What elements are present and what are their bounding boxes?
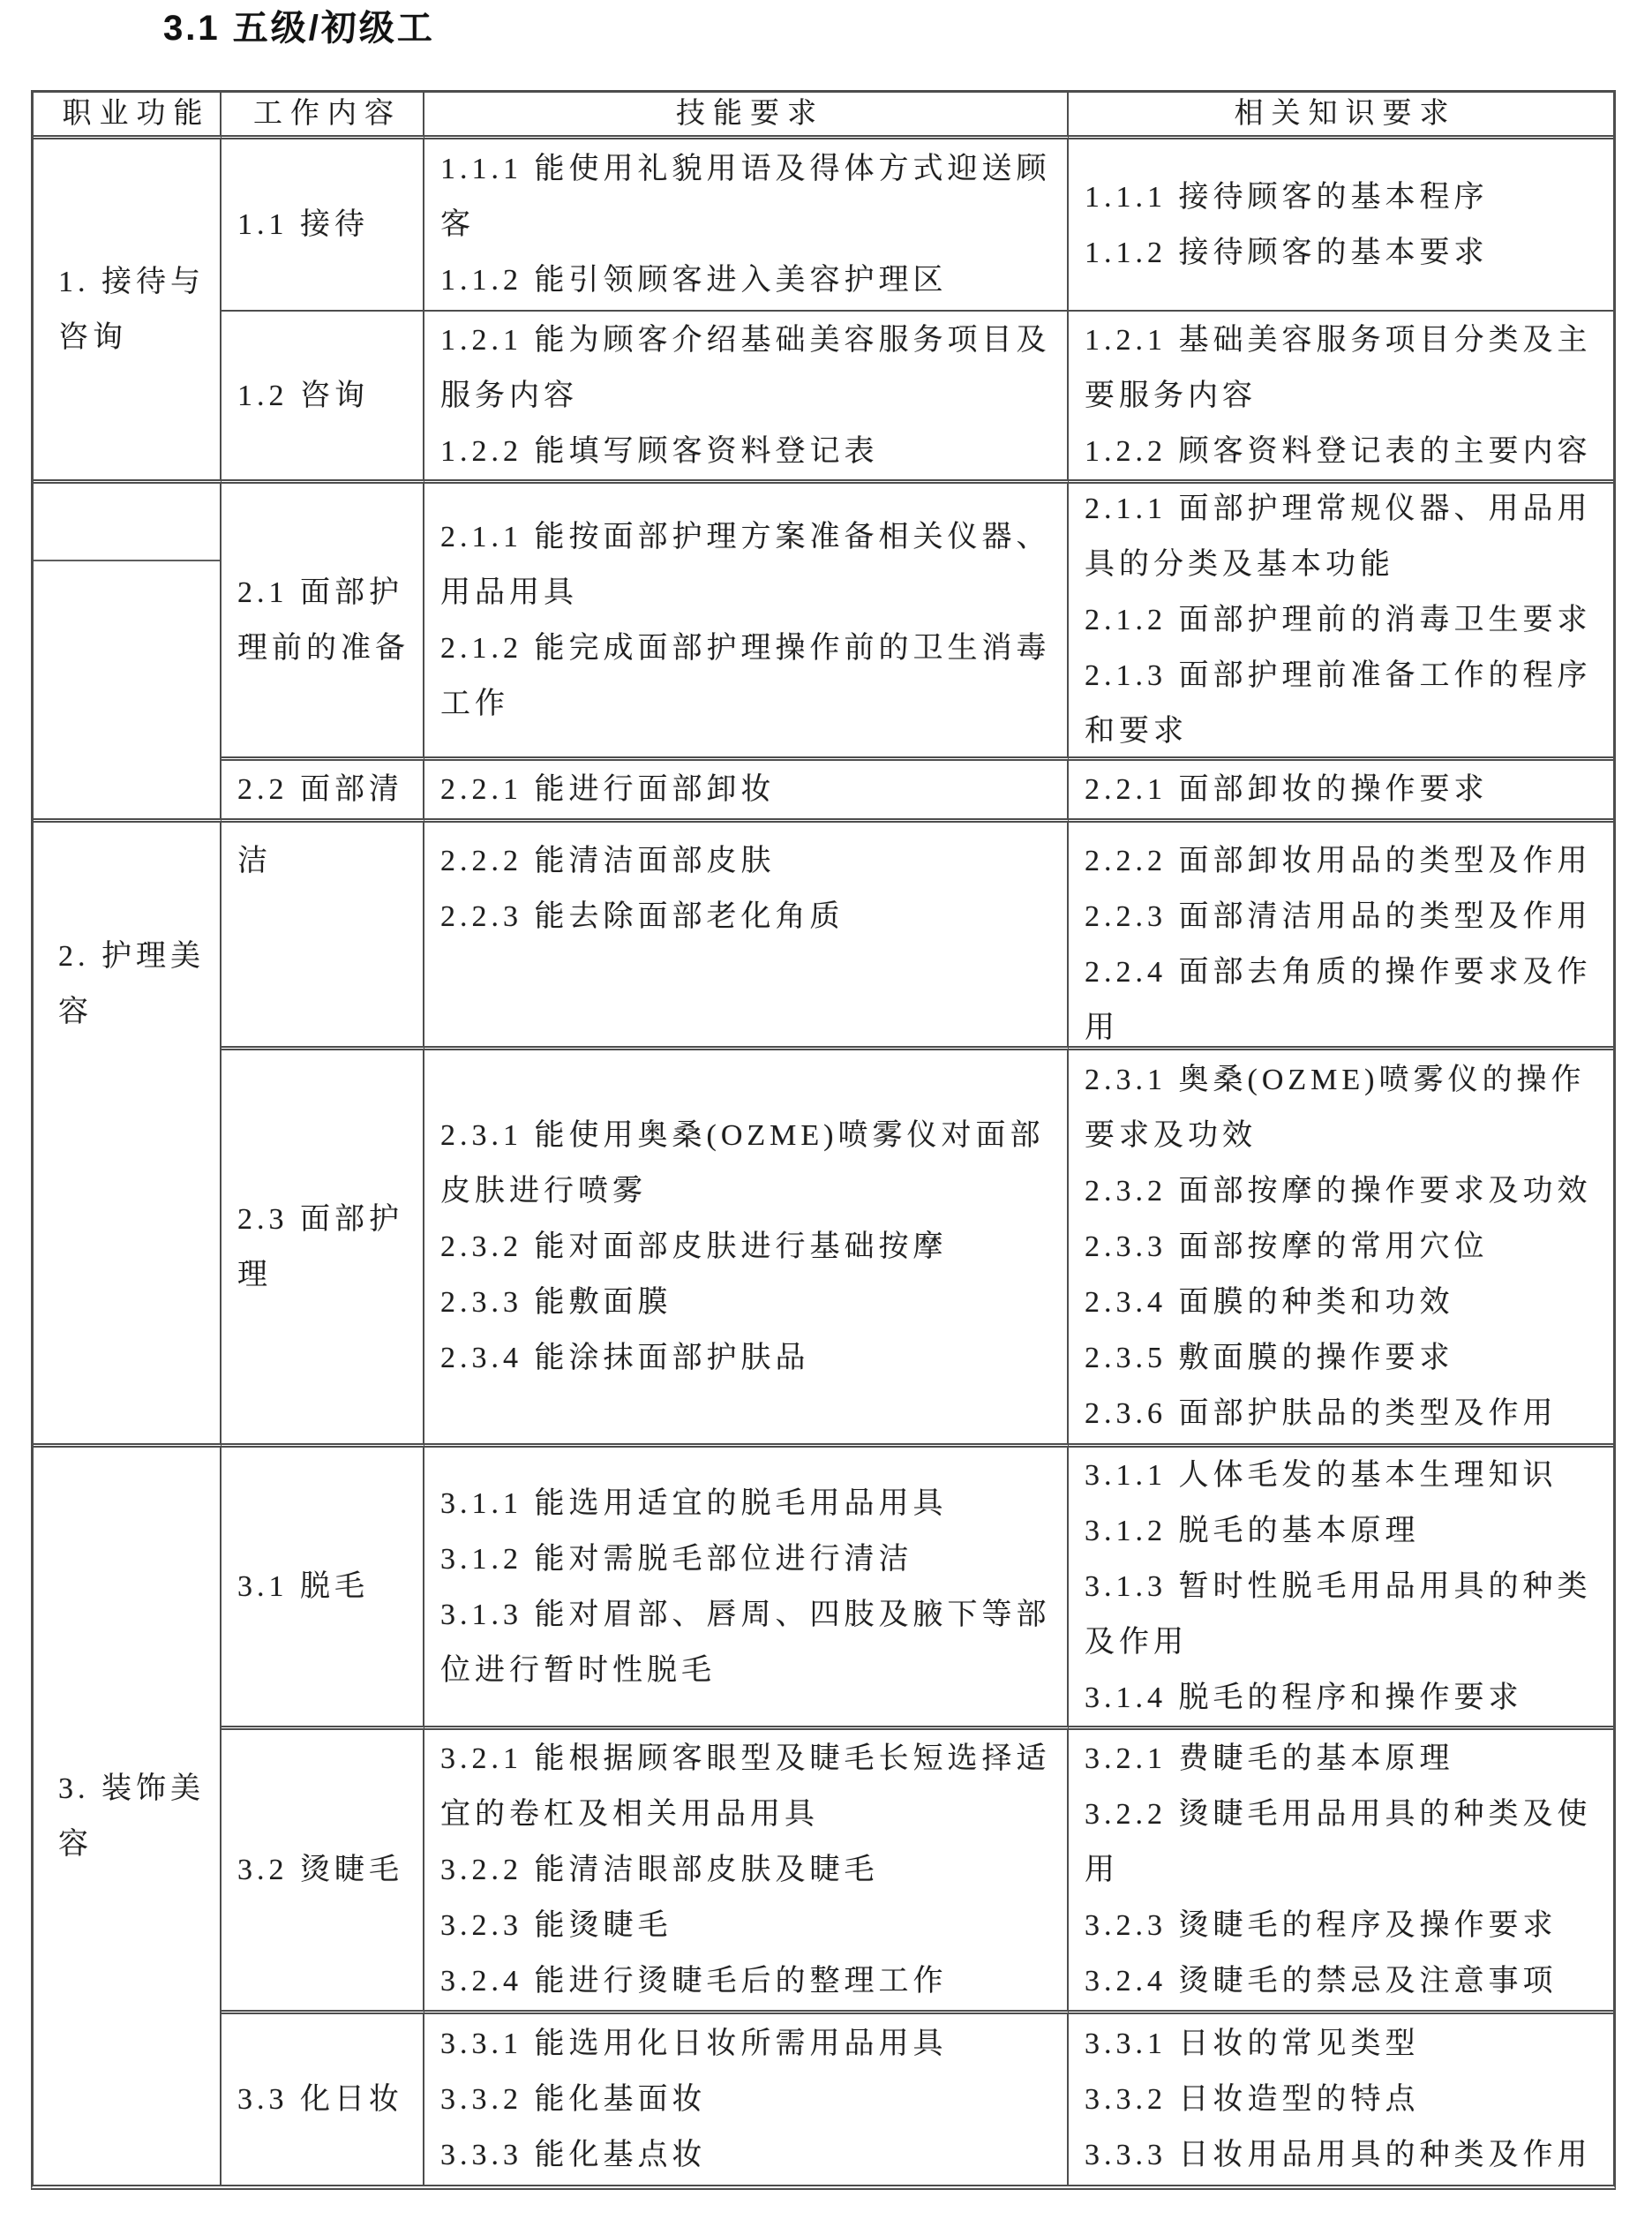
knowledge-cell: 2.3.1 奥桑(OZME)喷雾仪的操作要求及功效2.3.2 面部按摩的操作要求…: [1069, 1050, 1613, 1448]
skill-item: 2.2.1 能进行面部卸妆: [440, 762, 776, 817]
skill-item: 3.3.2 能化基面妆: [440, 2072, 707, 2127]
skills-cell: 3.1.1 能选用适宜的脱毛用品用具3.1.2 能对需脱毛部位进行清洁3.1.3…: [424, 1448, 1069, 1730]
work-cell: 3.3 化日妆: [222, 2014, 424, 2185]
skill-item: 2.1.2 能完成面部护理操作前的卫生消毒工作: [440, 621, 1060, 732]
work-label: 1.2 咨询: [237, 368, 369, 424]
skills-cell: 3.3.1 能选用化日妆所需用品用具3.3.2 能化基面妆3.3.3 能化基点妆: [424, 2014, 1069, 2185]
scan-artifact-line: [34, 560, 220, 561]
knowledge-cell: 2.2.1 面部卸妆的操作要求: [1069, 761, 1613, 823]
work-label: 3.2 烫睫毛: [237, 1842, 403, 1898]
document-page: 3.1 五级/初级工 职业功能 工作内容 技能要求 相关知识要求 1. 接待与咨…: [0, 0, 1652, 2227]
knowledge-cell: 3.2.1 费睫毛的基本原理3.2.2 烫睫毛用品用具的种类及使用3.2.3 烫…: [1069, 1730, 1613, 2014]
skill-item: 3.3.3 能化基点妆: [440, 2127, 707, 2183]
work-label: 2.3 面部护理: [237, 1192, 417, 1303]
work-label: 3.3 化日妆: [237, 2072, 403, 2127]
knowledge-item: 2.3.1 奥桑(OZME)喷雾仪的操作要求及功效: [1085, 1052, 1606, 1163]
skills-cell: 2.3.1 能使用奥桑(OZME)喷雾仪对面部皮肤进行喷雾2.3.2 能对面部皮…: [424, 1050, 1069, 1448]
knowledge-item: 3.2.2 烫睫毛用品用具的种类及使用: [1085, 1787, 1606, 1898]
skill-item: 3.2.2 能清洁眼部皮肤及睫毛: [440, 1842, 879, 1898]
work-cell: 1.2 咨询: [222, 312, 424, 484]
work-cell: 3.2 烫睫毛: [222, 1730, 424, 2014]
knowledge-cell: 2.1.1 面部护理常规仪器、用品用具的分类及基本功能2.1.2 面部护理前的消…: [1069, 484, 1613, 761]
skills-cell: 2.1.1 能按面部护理方案准备相关仪器、用品用具2.1.2 能完成面部护理操作…: [424, 484, 1069, 761]
skill-item: 2.2.2 能清洁面部皮肤: [440, 833, 776, 889]
knowledge-item: 2.2.3 面部清洁用品的类型及作用: [1085, 889, 1592, 944]
work-label: 1.1 接待: [237, 197, 369, 252]
knowledge-item: 2.2.2 面部卸妆用品的类型及作用: [1085, 833, 1592, 889]
skill-item: 1.2.2 能填写顾客资料登记表: [440, 424, 879, 479]
knowledge-item: 2.1.1 面部护理常规仪器、用品用具的分类及基本功能: [1085, 484, 1606, 592]
work-label: 洁: [237, 833, 272, 889]
work-cell: 洁: [222, 823, 424, 1050]
skills-cell: 1.2.1 能为顾客介绍基础美容服务项目及服务内容1.2.2 能填写顾客资料登记…: [424, 312, 1069, 484]
knowledge-item: 2.2.4 面部去角质的操作要求及作用: [1085, 944, 1606, 1050]
knowledge-item: 3.1.4 脱毛的程序和操作要求: [1085, 1670, 1523, 1726]
skill-item: 1.1.1 能使用礼貌用语及得体方式迎送顾客: [440, 141, 1060, 252]
skills-cell: 2.2.1 能进行面部卸妆: [424, 761, 1069, 823]
knowledge-item: 3.2.1 费睫毛的基本原理: [1085, 1731, 1454, 1787]
work-label: 3.1 脱毛: [237, 1559, 369, 1614]
knowledge-item: 3.3.1 日妆的常见类型: [1085, 2016, 1420, 2072]
skill-item: 2.3.2 能对面部皮肤进行基础按摩: [440, 1219, 948, 1275]
header-function: 职业功能: [34, 93, 222, 139]
skills-table: 职业功能 工作内容 技能要求 相关知识要求 1. 接待与咨询2. 护理美容3. …: [31, 90, 1616, 2190]
skill-item: 3.1.1 能选用适宜的脱毛用品用具: [440, 1476, 948, 1531]
skill-item: 2.3.1 能使用奥桑(OZME)喷雾仪对面部皮肤进行喷雾: [440, 1108, 1060, 1219]
skill-item: 3.3.1 能选用化日妆所需用品用具: [440, 2016, 948, 2072]
work-label: 2.2 面部清: [237, 762, 403, 817]
page-title: 3.1 五级/初级工: [163, 7, 435, 49]
knowledge-cell: 3.3.1 日妆的常见类型3.3.2 日妆造型的特点3.3.3 日妆用品用具的种…: [1069, 2014, 1613, 2185]
knowledge-item: 1.1.1 接待顾客的基本程序: [1085, 169, 1489, 225]
knowledge-item: 3.2.3 烫睫毛的程序及操作要求: [1085, 1898, 1558, 1953]
function-cell: [34, 484, 222, 823]
knowledge-item: 1.1.2 接待顾客的基本要求: [1085, 225, 1489, 281]
knowledge-item: 3.2.4 烫睫毛的禁忌及注意事项: [1085, 1953, 1558, 2009]
skill-item: 3.1.2 能对需脱毛部位进行清洁: [440, 1531, 913, 1587]
knowledge-item: 2.3.3 面部按摩的常用穴位: [1085, 1219, 1489, 1275]
knowledge-item: 3.3.3 日妆用品用具的种类及作用: [1085, 2127, 1592, 2183]
knowledge-item: 3.1.1 人体毛发的基本生理知识: [1085, 1448, 1558, 1503]
work-cell: 3.1 脱毛: [222, 1448, 424, 1730]
knowledge-cell: 1.2.1 基础美容服务项目分类及主要服务内容1.2.2 顾客资料登记表的主要内…: [1069, 312, 1613, 484]
knowledge-item: 2.3.4 面膜的种类和功效: [1085, 1275, 1454, 1330]
skill-item: 1.1.2 能引领顾客进入美容护理区: [440, 252, 948, 308]
skill-item: 2.3.3 能敷面膜: [440, 1275, 672, 1330]
knowledge-item: 1.2.1 基础美容服务项目分类及主要服务内容: [1085, 312, 1606, 424]
skill-item: 2.2.3 能去除面部老化角质: [440, 889, 845, 944]
header-work: 工作内容: [222, 93, 424, 139]
knowledge-cell: 1.1.1 接待顾客的基本程序1.1.2 接待顾客的基本要求: [1069, 139, 1613, 312]
function-label: 2. 护理美容: [58, 929, 214, 1040]
skill-item: 2.3.4 能涂抹面部护肤品: [440, 1330, 810, 1386]
function-cell: 1. 接待与咨询: [34, 139, 222, 484]
skill-item: 1.2.1 能为顾客介绍基础美容服务项目及服务内容: [440, 312, 1060, 424]
skill-item: 3.2.1 能根据顾客眼型及睫毛长短选择适宜的卷杠及相关用品用具: [440, 1731, 1060, 1842]
knowledge-item: 3.3.2 日妆造型的特点: [1085, 2072, 1420, 2127]
function-cell: 3. 装饰美容: [34, 1448, 222, 2185]
knowledge-item: 2.3.5 敷面膜的操作要求: [1085, 1330, 1454, 1386]
function-label: 3. 装饰美容: [58, 1761, 214, 1872]
skill-item: 2.1.1 能按面部护理方案准备相关仪器、用品用具: [440, 509, 1060, 621]
skill-item: 3.2.3 能烫睫毛: [440, 1898, 672, 1953]
skill-item: 3.1.3 能对眉部、唇周、四肢及腋下等部位进行暂时性脱毛: [440, 1587, 1060, 1698]
work-cell: 2.2 面部清: [222, 761, 424, 823]
knowledge-cell: 2.2.2 面部卸妆用品的类型及作用2.2.3 面部清洁用品的类型及作用2.2.…: [1069, 823, 1613, 1050]
function-label: 1. 接待与咨询: [58, 254, 214, 365]
skills-cell: 3.2.1 能根据顾客眼型及睫毛长短选择适宜的卷杠及相关用品用具3.2.2 能清…: [424, 1730, 1069, 2014]
skills-cell: 1.1.1 能使用礼貌用语及得体方式迎送顾客1.1.2 能引领顾客进入美容护理区: [424, 139, 1069, 312]
skills-cell: 2.2.2 能清洁面部皮肤2.2.3 能去除面部老化角质: [424, 823, 1069, 1050]
function-cell: 2. 护理美容: [34, 823, 222, 1448]
work-label: 2.1 面部护理前的准备: [237, 565, 417, 676]
header-skills: 技能要求: [424, 93, 1069, 139]
knowledge-item: 2.1.3 面部护理前准备工作的程序和要求: [1085, 648, 1606, 759]
knowledge-item: 1.2.2 顾客资料登记表的主要内容: [1085, 424, 1592, 479]
knowledge-item: 3.1.2 脱毛的基本原理: [1085, 1503, 1420, 1559]
work-cell: 2.3 面部护理: [222, 1050, 424, 1448]
knowledge-cell: 3.1.1 人体毛发的基本生理知识3.1.2 脱毛的基本原理3.1.3 暂时性脱…: [1069, 1448, 1613, 1730]
work-cell: 1.1 接待: [222, 139, 424, 312]
knowledge-item: 2.3.2 面部按摩的操作要求及功效: [1085, 1163, 1592, 1219]
skill-item: 3.2.4 能进行烫睫毛后的整理工作: [440, 1953, 948, 2009]
knowledge-item: 2.1.2 面部护理前的消毒卫生要求: [1085, 592, 1592, 648]
knowledge-item: 2.2.1 面部卸妆的操作要求: [1085, 762, 1489, 817]
work-cell: 2.1 面部护理前的准备: [222, 484, 424, 761]
knowledge-item: 2.3.6 面部护肤品的类型及作用: [1085, 1386, 1558, 1441]
knowledge-item: 3.1.3 暂时性脱毛用品用具的种类及作用: [1085, 1559, 1606, 1670]
header-knowledge: 相关知识要求: [1069, 93, 1613, 139]
